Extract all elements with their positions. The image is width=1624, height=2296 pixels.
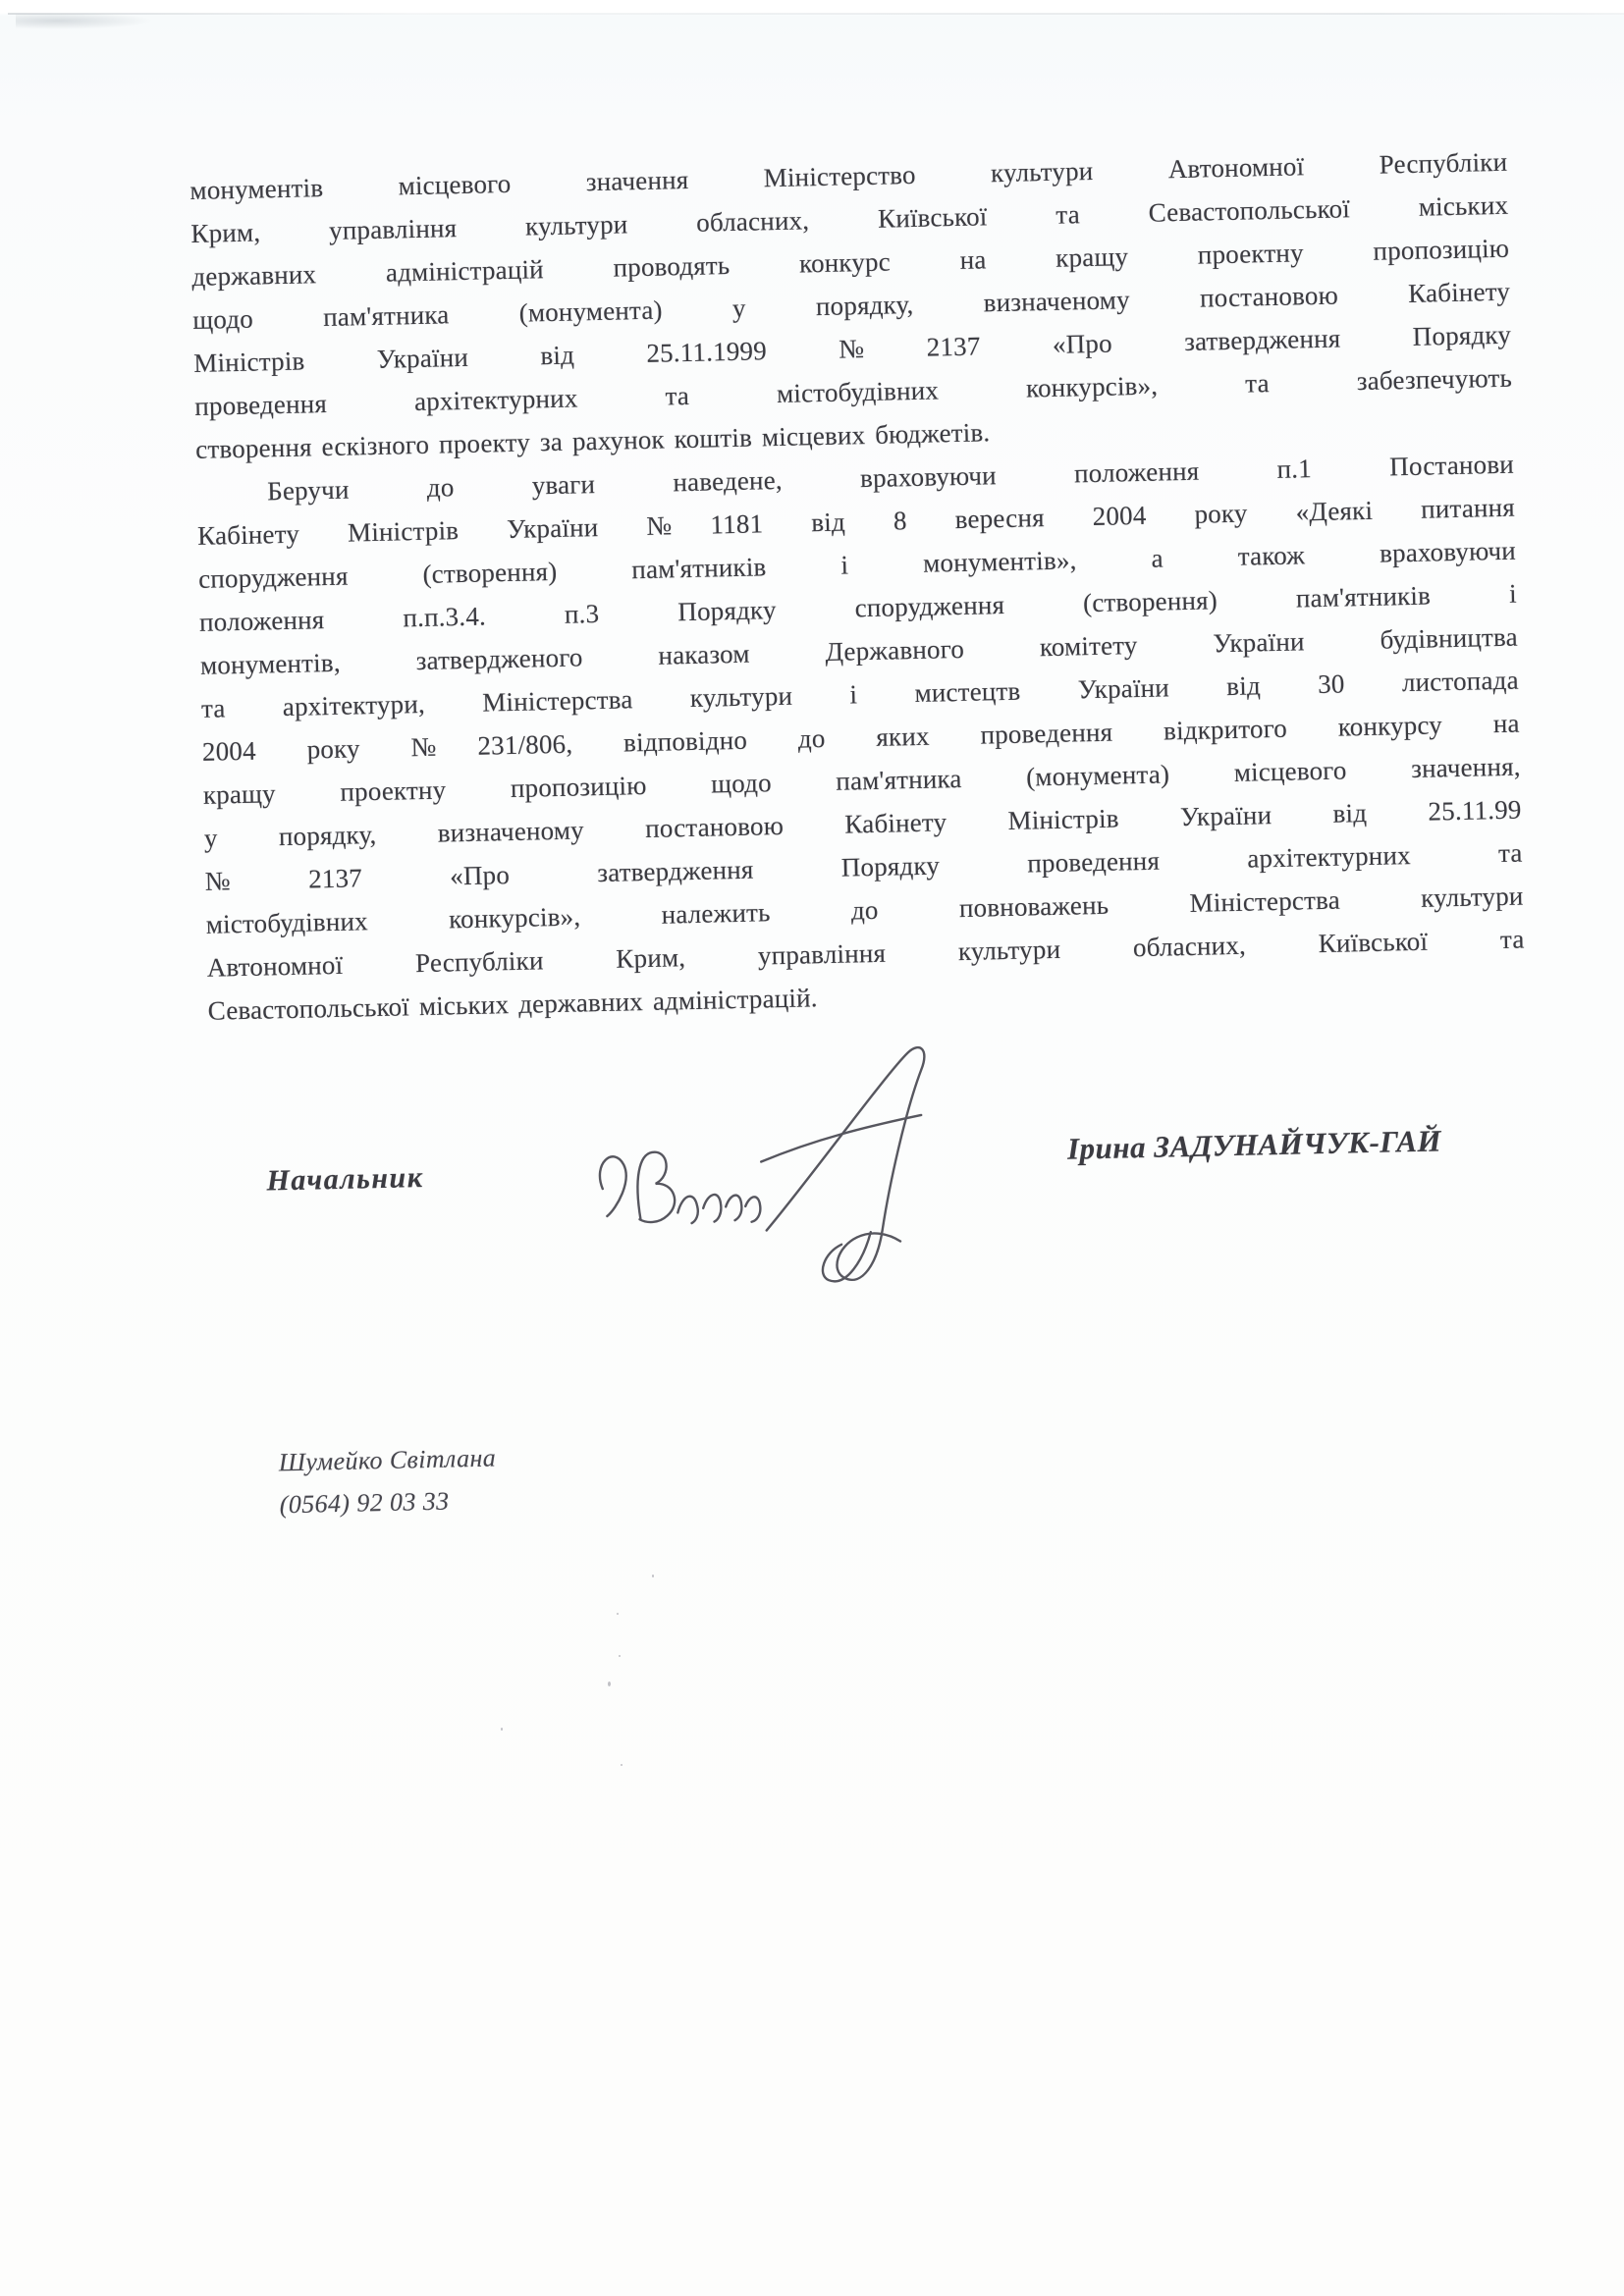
paragraph-1: монументів місцевого значення Міністерст… — [189, 140, 1513, 471]
handwritten-signature — [570, 1033, 999, 1297]
scan-speck — [621, 1764, 623, 1766]
signer-position-title: Начальник — [266, 1161, 424, 1198]
scan-edge-artifact — [8, 13, 1624, 15]
signer-name: Ірина ЗАДУНАЙЧУК-ГАЙ — [1067, 1123, 1442, 1166]
scan-speck — [652, 1575, 654, 1577]
scan-smudge-artifact — [16, 14, 153, 29]
contact-person: Шумейко Світлана — [278, 1437, 496, 1484]
document-content: монументів місцевого значення Міністерст… — [189, 140, 1539, 1641]
contact-block: Шумейко Світлана (0564) 92 03 33 — [278, 1437, 497, 1526]
scan-speck — [619, 1655, 621, 1657]
scan-speck — [501, 1728, 503, 1731]
scan-speck — [617, 1613, 619, 1615]
scanned-document-page: монументів місцевого значення Міністерст… — [0, 0, 1624, 2296]
contact-phone: (0564) 92 03 33 — [279, 1478, 497, 1525]
scan-speck — [608, 1682, 611, 1686]
paragraph-2: Беручи до уваги наведене, враховуючи пол… — [196, 443, 1526, 1033]
